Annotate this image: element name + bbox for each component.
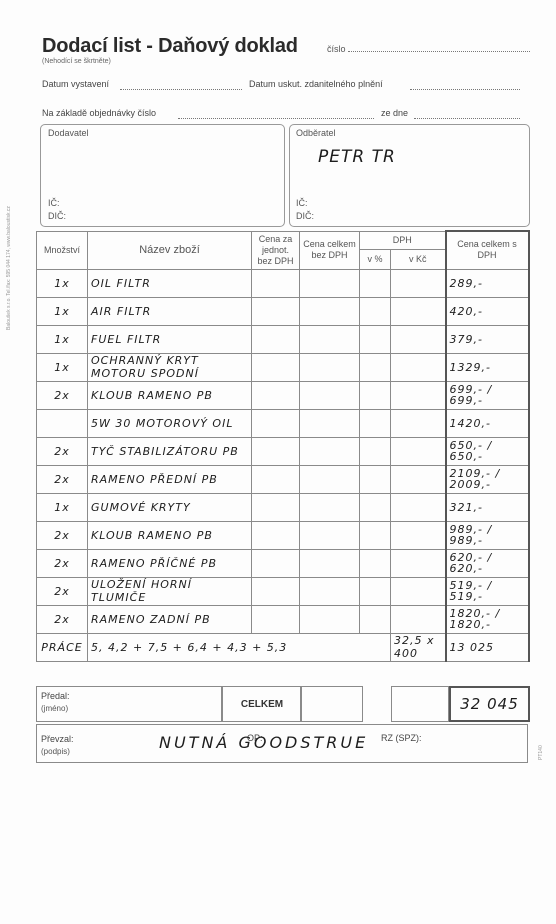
table-row: 1xFUEL FILTR379,- [37,325,529,353]
table-row: 2xRAMENO PŘEDNÍ PB2109,- / 2009,- [37,465,529,493]
row-vat-czk [391,465,446,493]
row-name: OCHRANNÝ KRYT MOTORU SPODNÍ [88,353,252,381]
supplier-label: Dodavatel [48,128,89,138]
customer-name: PETR TR [318,147,396,167]
col-unit-price: Cena za jednot. bez DPH [252,231,300,269]
row-vat-czk [391,577,446,605]
table-row: 2xKLOUB RAMENO PB989,- / 989,- [37,521,529,549]
taxable-date-label: Datum uskut. zdanitelného plnění [249,79,383,89]
row-total-vat: 379,- [446,325,529,353]
row-total-no-vat [300,521,360,549]
document-number-field[interactable] [348,51,530,52]
row-vat-czk [391,269,446,297]
table-row: 2xULOŽENÍ HORNÍ TLUMIČE519,- / 519,- [37,577,529,605]
row-total-no-vat [300,549,360,577]
grand-total: 32 045 [449,686,530,722]
row-vat-pct [360,605,391,633]
total-label: CELKEM [222,686,302,722]
row-qty: 2x [37,437,88,465]
table-row: 1xAIR FILTR420,- [37,297,529,325]
row-vat-czk [391,381,446,409]
row-name: AIR FILTR [88,297,252,325]
row-qty [37,409,88,437]
printer-imprint: Baloušek s.r.o. Tel./fax: 595 044 174, w… [6,206,12,330]
row-qty: 2x [37,381,88,409]
row-total-vat: 699,- / 699,- [446,381,529,409]
row-qty: 1x [37,297,88,325]
row-total-vat: 519,- / 519,- [446,577,529,605]
row-total-no-vat [300,493,360,521]
col-qty: Množství [37,231,88,269]
row-unit-price [252,325,300,353]
row-total-vat: 1329,- [446,353,529,381]
row-total-vat: 2109,- / 2009,- [446,465,529,493]
row-name: KLOUB RAMENO PB [88,521,252,549]
row-total-no-vat [300,269,360,297]
document-title: Dodací list - Daňový doklad [42,35,298,58]
row-total-no-vat [300,297,360,325]
row-qty: 1x [37,353,88,381]
supplier-box[interactable]: Dodavatel IČ: DIČ: [40,124,285,227]
total-no-vat-cell [300,686,363,722]
row-qty: 2x [37,605,88,633]
table-row: 5W 30 MOTOROVÝ OIL1420,- [37,409,529,437]
row-vat-czk [391,549,446,577]
row-name: RAMENO PŘÍČNÉ PB [88,549,252,577]
row-vat-czk [391,297,446,325]
supplier-ic-label: IČ: [48,198,60,208]
handed-over-label: Předal: [41,691,70,701]
row-total-vat: 289,- [446,269,529,297]
row-vat-czk [391,325,446,353]
row-unit-price [252,605,300,633]
row-total-vat: 989,- / 989,- [446,521,529,549]
col-name: Název zboží [88,231,252,269]
row-total-no-vat [300,325,360,353]
row-vat-pct [360,297,391,325]
row-total-no-vat [300,605,360,633]
row-unit-price [252,437,300,465]
row-total-no-vat [300,381,360,409]
row-qty: 1x [37,325,88,353]
row-qty: 1x [37,493,88,521]
row-vat-czk [391,493,446,521]
taxable-date-field[interactable] [410,89,520,90]
table-row: 1xOCHRANNÝ KRYT MOTORU SPODNÍ1329,- [37,353,529,381]
row-vat-pct [360,325,391,353]
customer-ic-label: IČ: [296,198,308,208]
row-total-no-vat [300,353,360,381]
row-vat-czk [391,605,446,633]
row-vat-pct [360,577,391,605]
row-total-vat: 13 025 [446,633,529,661]
row-unit-price [252,297,300,325]
received-sub: (podpis) [41,747,70,756]
handed-over-sub: (jméno) [41,704,68,713]
issue-date-field[interactable] [120,89,242,90]
row-unit-price [252,493,300,521]
strike-note: (Nehodící se škrtněte) [42,58,111,65]
col-vat: DPH [360,231,446,249]
row-total-vat: 321,- [446,493,529,521]
customer-box[interactable]: Odběratel PETR TR IČ: DIČ: [289,124,530,227]
table-row: 2xRAMENO ZADNÍ PB1820,- / 1820,- [37,605,529,633]
row-name: RAMENO PŘEDNÍ PB [88,465,252,493]
row-name: OIL FILTR [88,269,252,297]
table-row: 1xOIL FILTR289,- [37,269,529,297]
row-vat-pct [360,437,391,465]
row-vat-pct [360,269,391,297]
order-number-label: Na základě objednávky číslo [42,108,156,118]
row-name: FUEL FILTR [88,325,252,353]
table-row: 1xGUMOVÉ KRYTY321,- [37,493,529,521]
col-total-no-vat: Cena celkem bez DPH [300,231,360,269]
row-unit-price [252,521,300,549]
row-qty: 2x [37,577,88,605]
document-number-label: číslo [327,44,530,54]
col-vat-pct: v % [360,249,391,269]
total-vat-czk-cell [391,686,449,722]
row-total-no-vat [300,577,360,605]
row-total-no-vat [300,465,360,493]
table-row: 2xTYČ STABILIZÁTORU PB650,- / 650,- [37,437,529,465]
row-qty: 2x [37,465,88,493]
order-number-field[interactable] [178,118,374,119]
row-vat-czk [391,521,446,549]
row-name: 5, 4,2 + 7,5 + 6,4 + 4,3 + 5,3 [88,633,391,661]
row-name: ULOŽENÍ HORNÍ TLUMIČE [88,577,252,605]
row-qty: PRÁCE [37,633,88,661]
row-total-vat: 620,- / 620,- [446,549,529,577]
col-vat-czk: v Kč [391,249,446,269]
order-date-label: ze dne [381,108,408,118]
row-vat-czk: 32,5 x 400 [391,633,446,661]
row-name: KLOUB RAMENO PB [88,381,252,409]
row-unit-price [252,465,300,493]
handed-over-box[interactable]: Předal: (jméno) [36,686,222,722]
row-unit-price [252,577,300,605]
table-row: PRÁCE5, 4,2 + 7,5 + 6,4 + 4,3 + 5,332,5 … [37,633,529,661]
supplier-dic-label: DIČ: [48,211,66,221]
row-unit-price [252,381,300,409]
row-vat-pct [360,353,391,381]
row-unit-price [252,549,300,577]
row-name: GUMOVÉ KRYTY [88,493,252,521]
row-name: 5W 30 MOTOROVÝ OIL [88,409,252,437]
received-box[interactable]: Převzal: (podpis) OP: RZ (SPZ): NUTNÁ GO… [36,724,528,763]
row-vat-pct [360,381,391,409]
row-total-vat: 1820,- / 1820,- [446,605,529,633]
order-date-field[interactable] [414,118,520,119]
row-qty: 1x [37,269,88,297]
customer-dic-label: DIČ: [296,211,314,221]
form-code: PT140 [538,745,544,760]
row-unit-price [252,269,300,297]
row-total-vat: 420,- [446,297,529,325]
customer-label: Odběratel [296,128,336,138]
row-vat-czk [391,353,446,381]
row-vat-pct [360,521,391,549]
col-total-vat: Cena celkem s DPH [446,231,529,269]
items-table: Množství Název zboží Cena za jednot. bez… [36,230,530,662]
row-total-no-vat [300,437,360,465]
row-total-vat: 1420,- [446,409,529,437]
received-label: Převzal: [41,734,74,744]
table-row: 2xKLOUB RAMENO PB699,- / 699,- [37,381,529,409]
row-vat-pct [360,465,391,493]
table-row: 2xRAMENO PŘÍČNÉ PB620,- / 620,- [37,549,529,577]
received-signature: NUTNÁ GOODSTRUE [159,733,368,752]
row-name: TYČ STABILIZÁTORU PB [88,437,252,465]
row-qty: 2x [37,521,88,549]
row-vat-czk [391,437,446,465]
row-name: RAMENO ZADNÍ PB [88,605,252,633]
plate-label: RZ (SPZ): [381,733,422,743]
row-vat-pct [360,409,391,437]
row-total-vat: 650,- / 650,- [446,437,529,465]
row-unit-price [252,409,300,437]
row-vat-czk [391,409,446,437]
issue-date-label: Datum vystavení [42,79,109,89]
row-vat-pct [360,493,391,521]
row-unit-price [252,353,300,381]
row-total-no-vat [300,409,360,437]
row-vat-pct [360,549,391,577]
row-qty: 2x [37,549,88,577]
